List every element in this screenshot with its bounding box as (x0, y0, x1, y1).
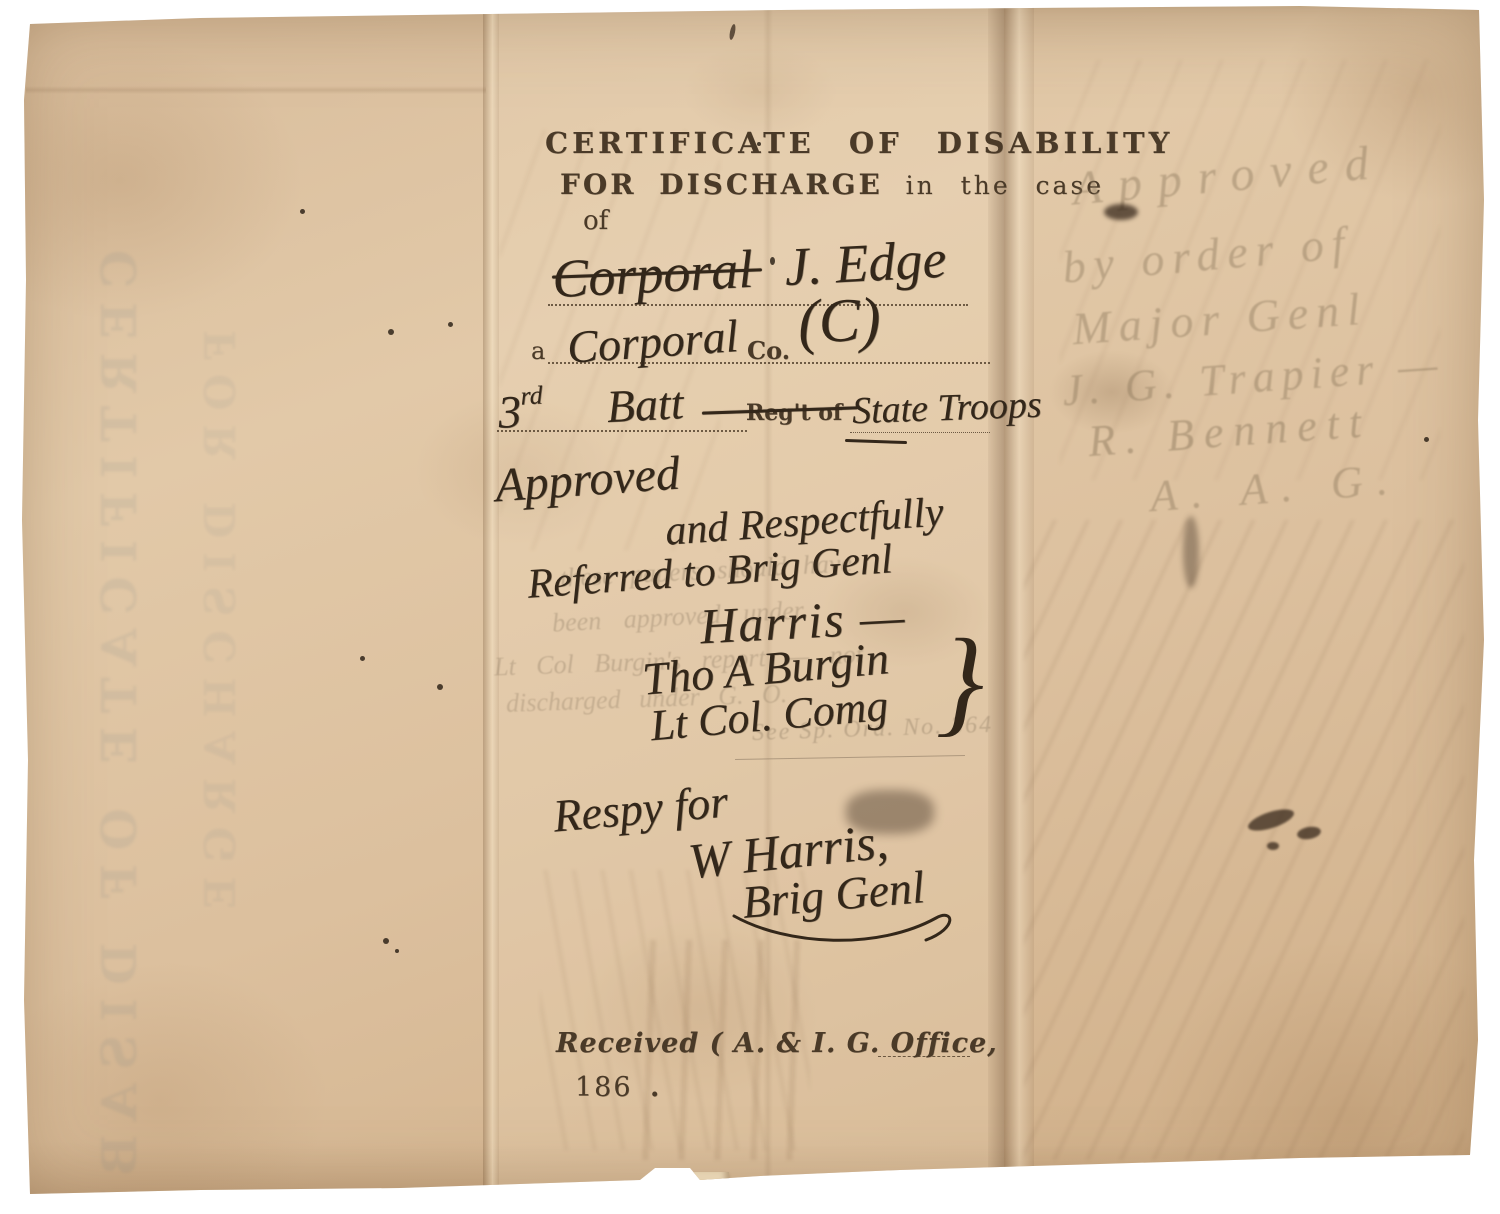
year-dot: . (650, 1072, 659, 1103)
form-title-line1: CERTIFICATE OF DISABILITY (545, 126, 965, 160)
paper-speck (1424, 437, 1429, 442)
ink-blot (1246, 805, 1297, 835)
ink-blot (1267, 842, 1279, 850)
ink-mark (728, 24, 736, 41)
troops-ink-underline (845, 439, 907, 444)
year-prefix: 186 (575, 1072, 633, 1103)
paper-speck (360, 656, 365, 661)
signature-flourish (728, 898, 968, 958)
ink-blot (1296, 825, 1322, 841)
rank-dotted-line (548, 362, 990, 364)
pencil-right-major-genl: Major Genl (1071, 282, 1370, 356)
written-company: (C) (797, 285, 882, 359)
paper-speck (395, 949, 399, 953)
form-title-of: of (583, 206, 608, 236)
written-troops: State Troops (851, 383, 1042, 434)
document-paper: CERTIFICATE OF DISABILITY FOR DISCHARGE … (0, 0, 1500, 1214)
name-dotted-line (548, 304, 968, 306)
pencil-right-by-order: by order of (1060, 215, 1354, 293)
troops-dotted-line (850, 432, 990, 433)
written-rank: Corporal (565, 309, 740, 374)
received-dotted-line (878, 1056, 970, 1057)
bleedthrough-scribbles (1024, 520, 1464, 1160)
printed-co-label: Co. (747, 336, 790, 365)
battalion-ordinal: rd (520, 381, 544, 411)
bleedthrough-ghost-text: FOR DISCHARGE (196, 330, 245, 1190)
ink-smudge (1183, 516, 1199, 588)
bleedthrough-ghost-text: CERTIFICATE OF DISABILITY (92, 250, 148, 1190)
printed-a-label: a (531, 337, 545, 365)
pencil-underline (735, 755, 965, 760)
battalion-dotted-line (497, 430, 747, 432)
paper-speck (388, 329, 394, 335)
fold-crease-left (483, 0, 499, 1214)
paper-speck (383, 938, 389, 944)
printed-regt-label: Reg't of (746, 400, 842, 426)
fold-crease-horizontal (26, 86, 486, 94)
scanned-document-page: CERTIFICATE OF DISABILITY FOR DISCHARGE … (0, 0, 1500, 1214)
endorsement-approved: Approved (493, 446, 681, 514)
form-title-line2: FOR DISCHARGE in the case (560, 168, 1104, 201)
paper-speck (770, 257, 775, 265)
paper-speck (448, 322, 453, 327)
paper-tear-tab (693, 1172, 729, 1206)
form-title-line2-caps: FOR DISCHARGE (560, 168, 883, 201)
endorsement-brace: } (936, 612, 984, 750)
received-label: Received ( A. & I. G. Office, (556, 1028, 998, 1059)
paper-speck (300, 209, 305, 214)
battalion-word: Batt (605, 377, 684, 432)
ink-blot (1104, 204, 1138, 220)
ink-stamp-smudge (846, 790, 934, 834)
pencil-right-aag: A. A. G. (1149, 453, 1404, 521)
paper-speck (437, 684, 443, 690)
paper-speck (757, 142, 761, 146)
written-battalion: 3rd Batt (497, 373, 685, 439)
